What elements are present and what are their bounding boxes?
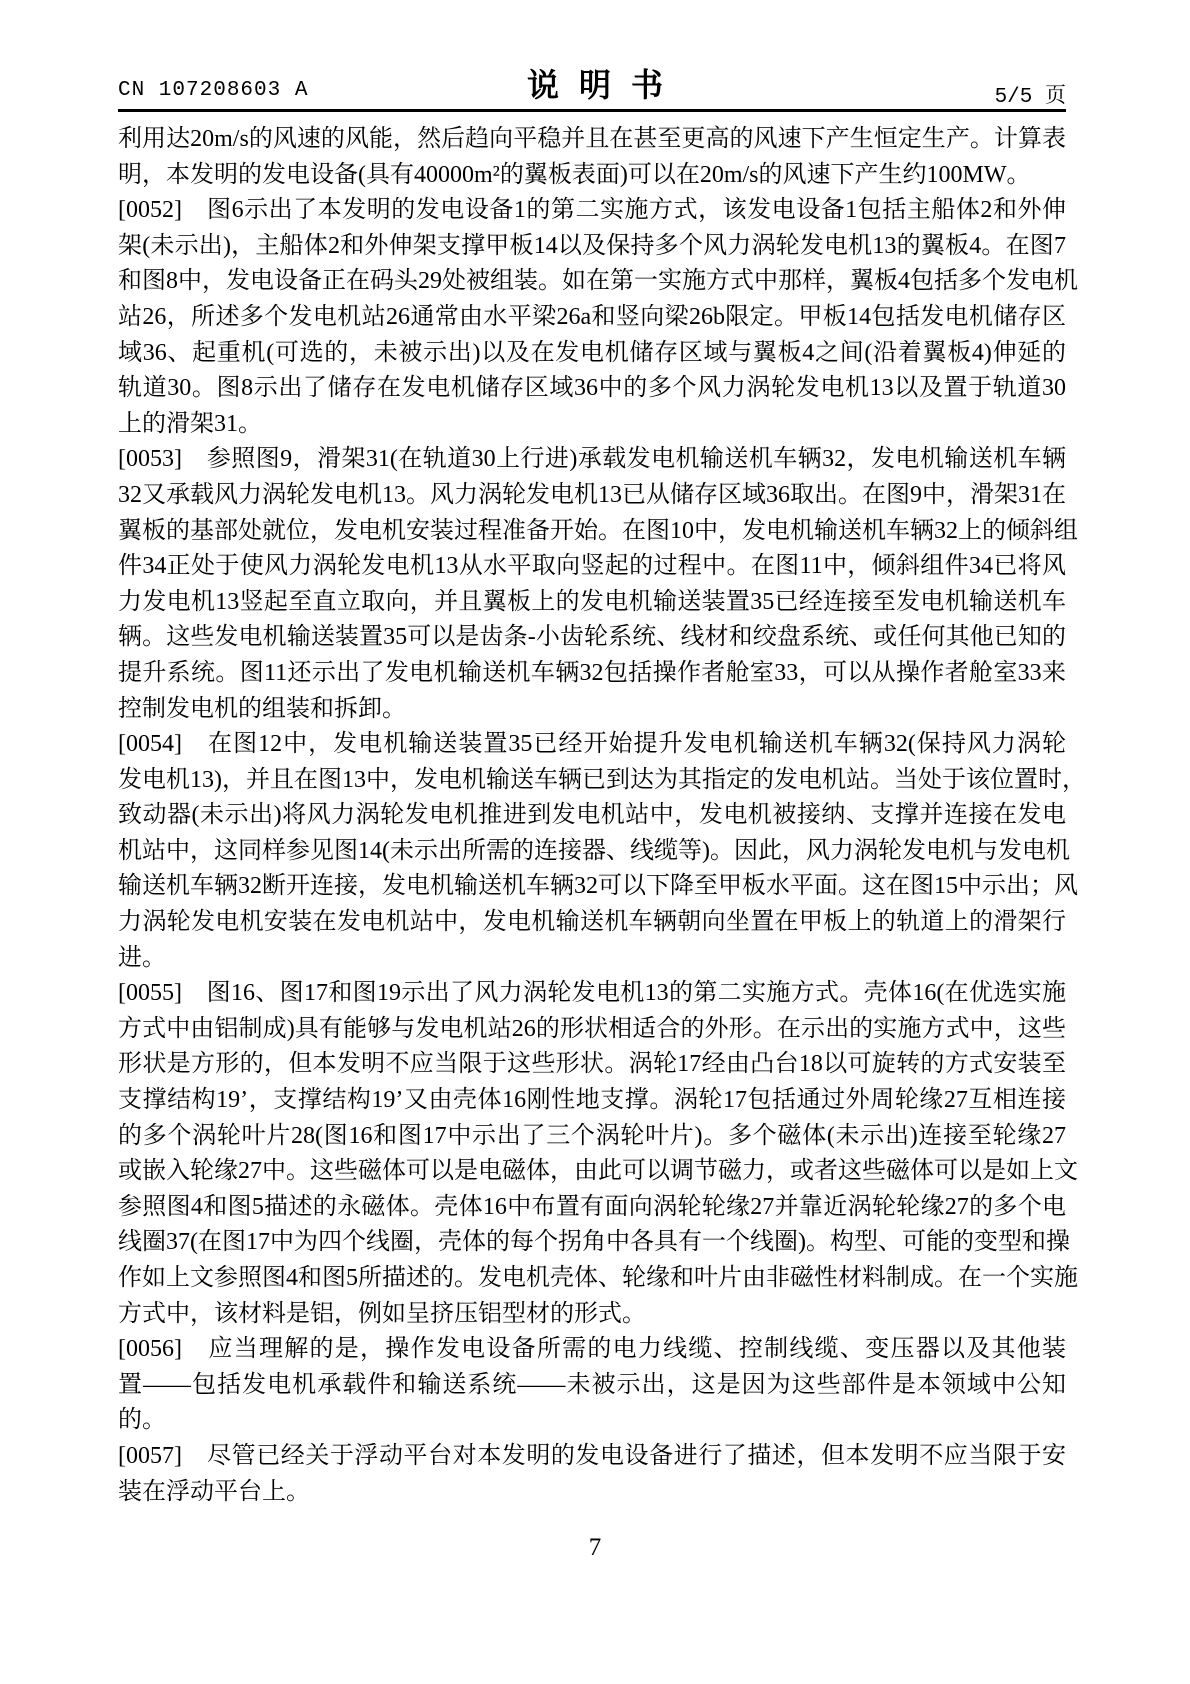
text-line: 件34正处于使风力涡轮发电机13从水平取向竖起的过程中。在图11中，倾斜组件34…	[118, 549, 1066, 585]
text-line: 装在浮动平台上。	[118, 1475, 1066, 1511]
text-line: 域36、起重机(可选的，未被示出)以及在发电机储存区域与翼板4之间(沿着翼板4)…	[118, 336, 1066, 372]
header-rule	[118, 109, 1066, 112]
text-line: 线圈37(在图17中为四个线圈，壳体的每个拐角中各具有一个线圈)。构型、可能的变…	[118, 1225, 1066, 1261]
text-line: 32又承载风力涡轮发电机13。风力涡轮发电机13已从储存区域36取出。在图9中，…	[118, 478, 1066, 514]
text-line: 利用达20m/s的风速的风能，然后趋向平稳并且在甚至更高的风速下产生恒定生产。计…	[118, 122, 1066, 158]
text-line: 翼板的基部处就位，发电机安装过程准备开始。在图10中，发电机输送机车辆32上的倾…	[118, 514, 1066, 550]
text-line: 方式中由铝制成)具有能够与发电机站26的形状相适合的外形。在示出的实施方式中，这…	[118, 1012, 1066, 1048]
text-line: 的。	[118, 1403, 1066, 1439]
text-line: 参照图4和图5描述的永磁体。壳体16中布置有面向涡轮轮缘27并靠近涡轮轮缘27的…	[118, 1190, 1066, 1226]
text-line: 作如上文参照图4和图5所描述的。发电机壳体、轮缘和叶片由非磁性材料制成。在一个实…	[118, 1261, 1066, 1297]
text-line: 站26，所述多个发电机站26通常由水平梁26a和竖向梁26b限定。甲板14包括发…	[118, 300, 1066, 336]
text-line: 的多个涡轮叶片28(图16和图17中示出了三个涡轮叶片)。多个磁体(未示出)连接…	[118, 1119, 1066, 1155]
text-line: 形状是方形的，但本发明不应当限于这些形状。涡轮17经由凸台18以可旋转的方式安装…	[118, 1047, 1066, 1083]
text-line: 置——包括发电机承载件和输送系统——未被示出，这是因为这些部件是本领域中公知	[118, 1368, 1066, 1404]
text-line: [0052] 图6示出了本发明的发电设备1的第二实施方式，该发电设备1包括主船体…	[118, 193, 1066, 229]
text-line: 力涡轮发电机安装在发电机站中，发电机输送机车辆朝向坐置在甲板上的轨道上的滑架行	[118, 905, 1066, 941]
text-line: 机站中，这同样参见图14(未示出所需的连接器、线缆等)。因此，风力涡轮发电机与发…	[118, 834, 1066, 870]
text-line: 发电机13)，并且在图13中，发电机输送车辆已到达为其指定的发电机站。当处于该位…	[118, 763, 1066, 799]
text-line: 进。	[118, 941, 1066, 977]
text-line: 明，本发明的发电设备(具有40000m²的翼板表面)可以在20m/s的风速下产生…	[118, 158, 1066, 194]
specification-text: 利用达20m/s的风速的风能，然后趋向平稳并且在甚至更高的风速下产生恒定生产。计…	[118, 122, 1066, 1510]
text-line: 上的滑架31。	[118, 407, 1066, 443]
text-line: 力发电机13竖起至直立取向，并且翼板上的发电机输送装置35已经连接至发电机输送机…	[118, 585, 1066, 621]
text-line: [0054] 在图12中，发电机输送装置35已经开始提升发电机输送机车辆32(保…	[118, 727, 1066, 763]
text-line: 控制发电机的组装和拆卸。	[118, 692, 1066, 728]
text-line: 轨道30。图8示出了储存在发电机储存区域36中的多个风力涡轮发电机13以及置于轨…	[118, 371, 1066, 407]
text-line: 提升系统。图11还示出了发电机输送机车辆32包括操作者舱室33，可以从操作者舱室…	[118, 656, 1066, 692]
text-line: 致动器(未示出)将风力涡轮发电机推进到发电机站中，发电机被接纳、支撑并连接在发电	[118, 798, 1066, 834]
page-indicator: 5/5 页	[995, 79, 1066, 109]
text-line: 和图8中，发电设备正在码头29处被组装。如在第一实施方式中那样，翼板4包括多个发…	[118, 264, 1066, 300]
text-line: 输送机车辆32断开连接，发电机输送机车辆32可以下降至甲板水平面。这在图15中示…	[118, 869, 1066, 905]
text-line: 或嵌入轮缘27中。这些磁体可以是电磁体，由此可以调节磁力，或者这些磁体可以是如上…	[118, 1154, 1066, 1190]
text-line: [0053] 参照图9，滑架31(在轨道30上行进)承载发电机输送机车辆32，发…	[118, 442, 1066, 478]
text-line: [0056] 应当理解的是，操作发电设备所需的电力线缆、控制线缆、变压器以及其他…	[118, 1332, 1066, 1368]
text-line: [0057] 尽管已经关于浮动平台对本发明的发电设备进行了描述，但本发明不应当限…	[118, 1439, 1066, 1475]
text-line: 架(未示出)，主船体2和外伸架支撑甲板14以及保持多个风力涡轮发电机13的翼板4…	[118, 229, 1066, 265]
patent-specification-page: CN 107208603 A 说明书 5/5 页 利用达20m/s的风速的风能，…	[0, 0, 1190, 1684]
page-number: 7	[0, 1534, 1190, 1562]
text-line: 方式中，该材料是铝，例如呈挤压铝型材的形式。	[118, 1297, 1066, 1333]
text-line: 辆。这些发电机输送装置35可以是齿条-小齿轮系统、线材和绞盘系统、或任何其他已知…	[118, 620, 1066, 656]
text-line: [0055] 图16、图17和图19示出了风力涡轮发电机13的第二实施方式。壳体…	[118, 976, 1066, 1012]
text-line: 支撑结构19’，支撑结构19’又由壳体16刚性地支撑。涡轮17包括通过外周轮缘2…	[118, 1083, 1066, 1119]
